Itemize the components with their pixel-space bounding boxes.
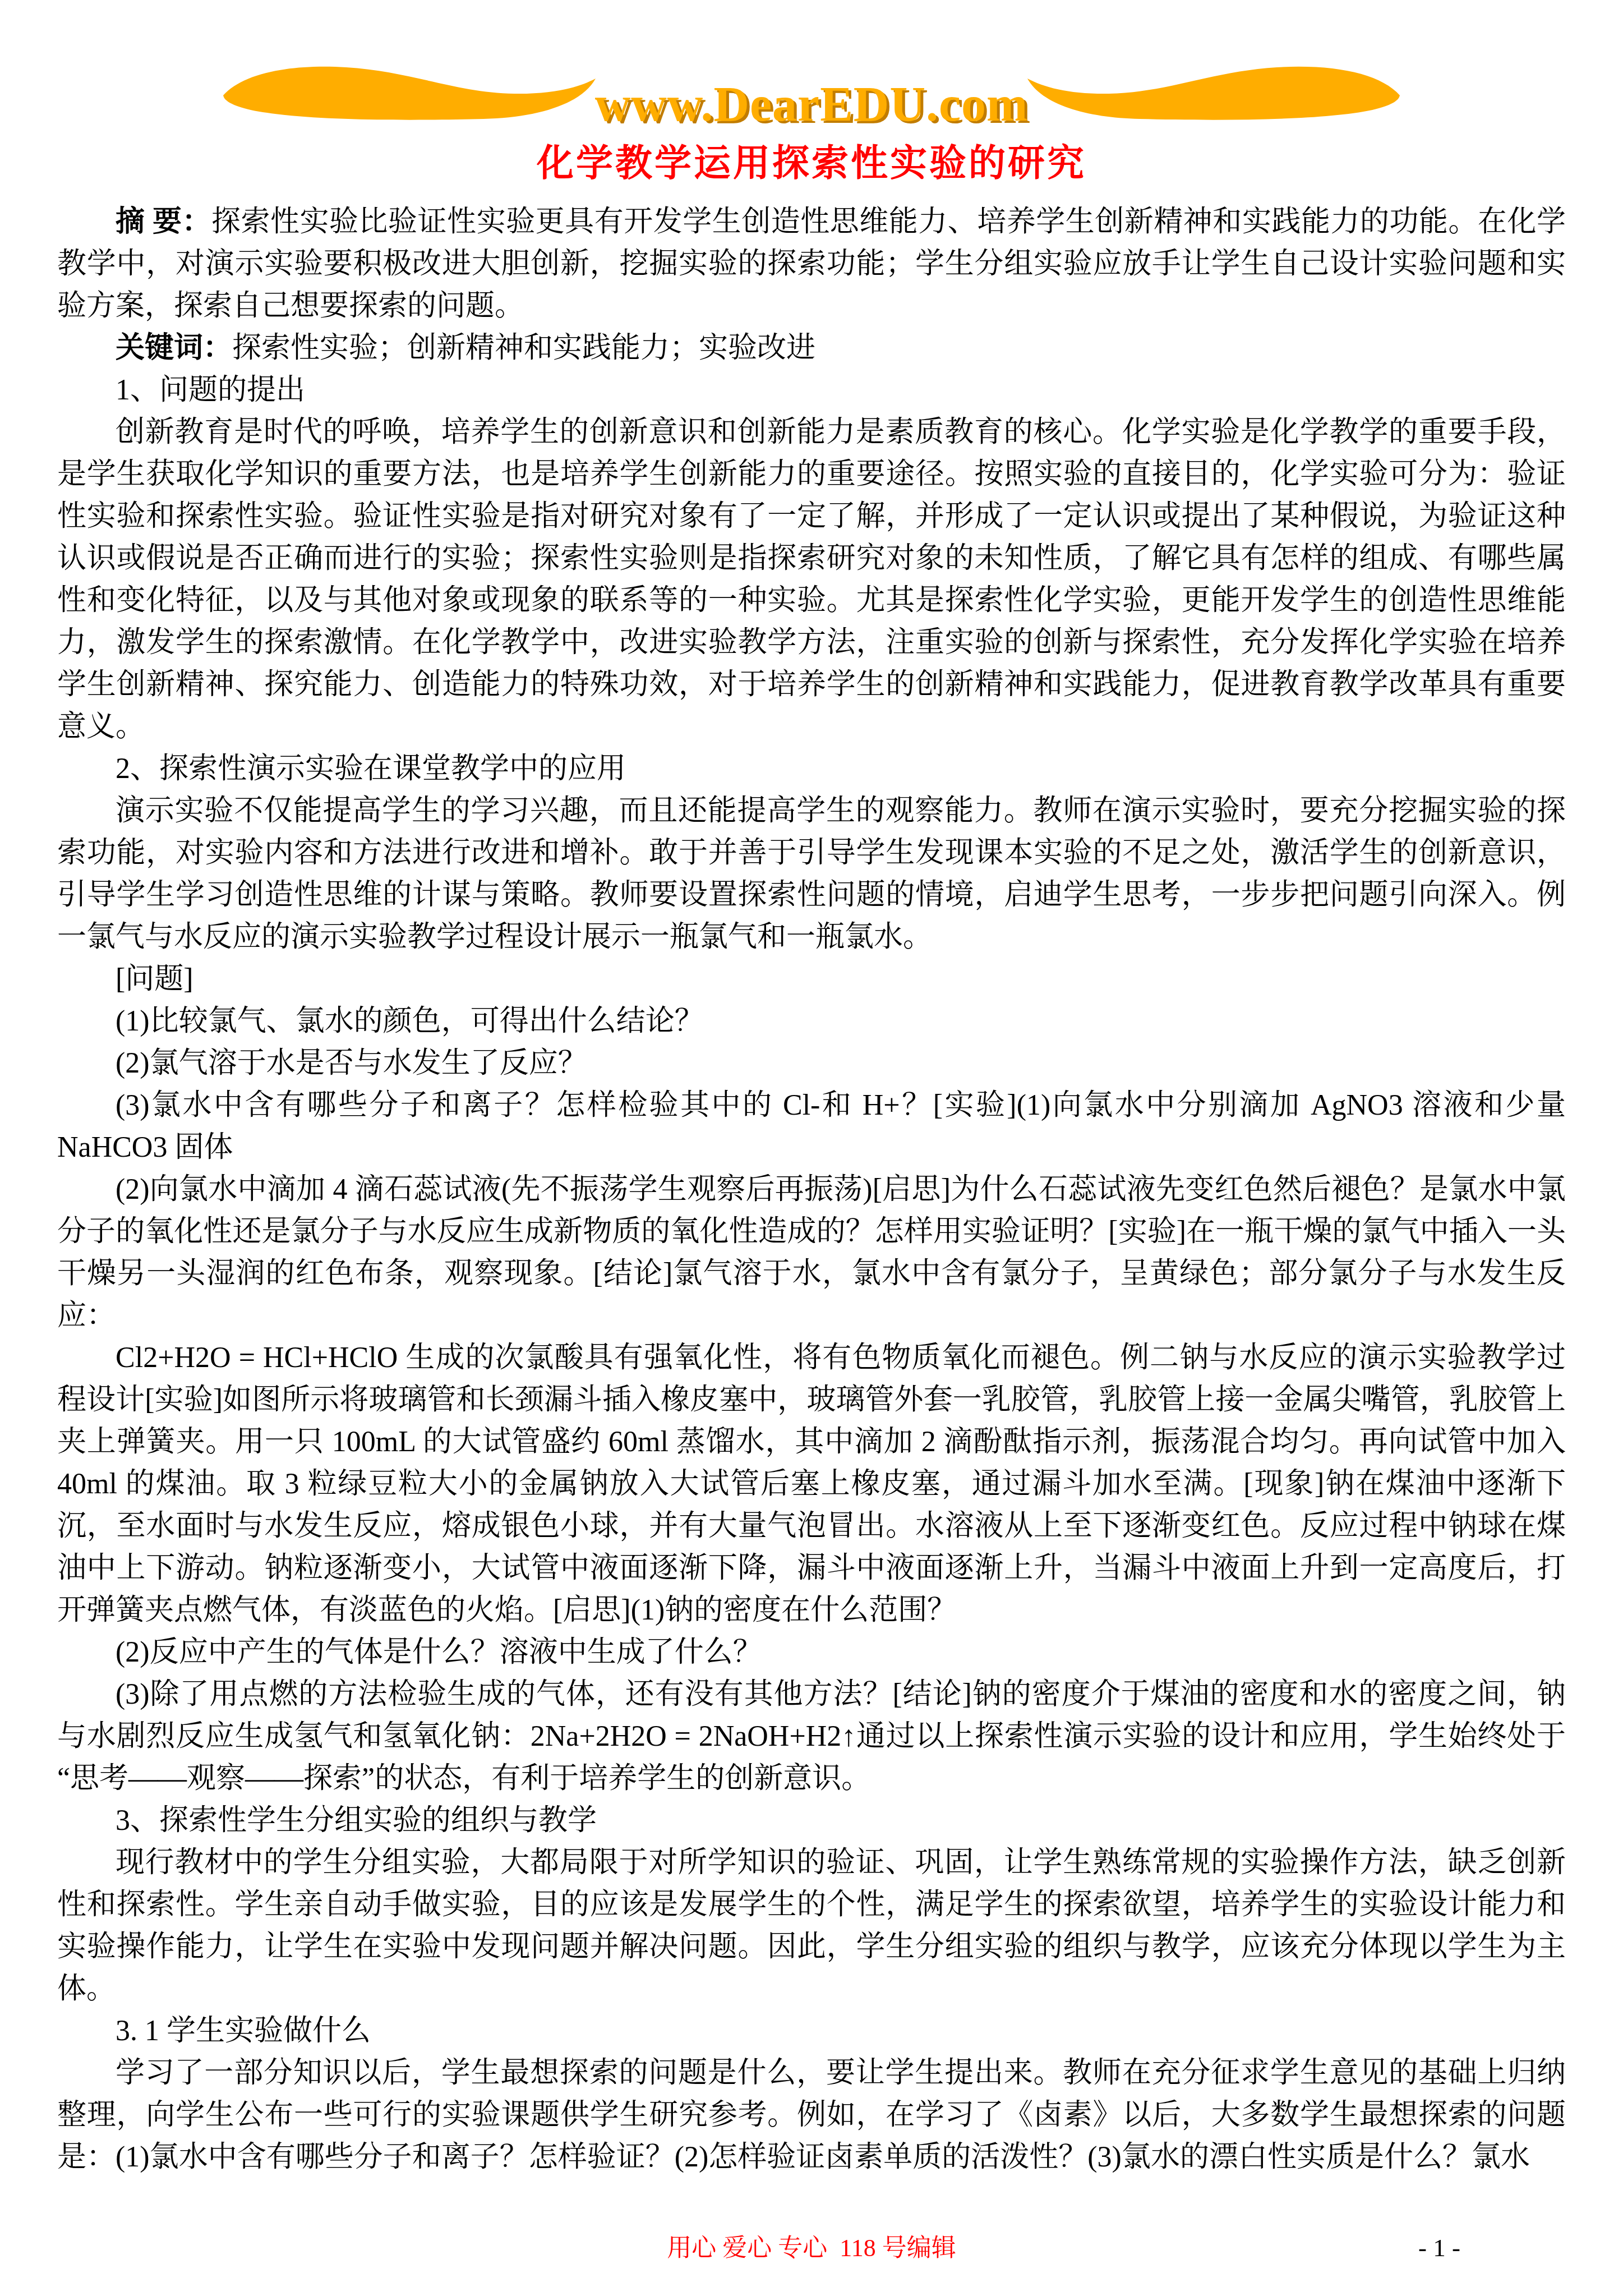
site-banner: www.DearEDU.com — [220, 62, 1403, 140]
keywords: 关键词：探索性实验；创新精神和实践能力；实验改进 — [57, 327, 1566, 369]
para-exp2: (2)向氯水中滴加 4 滴石蕊试液(先不振荡学生观察后再振荡)[启思]为什么石蕊… — [57, 1168, 1566, 1337]
heading-3-1: 3. 1 学生实验做什么 — [57, 2010, 1566, 2052]
para-3-1-1: 学习了一部分知识以后，学生最想探索的问题是什么，要让学生提出来。教师在充分征求学… — [57, 2052, 1566, 2178]
para-q2: (2)氯气溶于水是否与水发生了反应？ — [57, 1042, 1566, 1084]
para-q1: (1)比较氯气、氯水的颜色，可得出什么结论？ — [57, 1000, 1566, 1042]
heading-1: 1、问题的提出 — [57, 369, 1566, 411]
article-body: 摘 要：探索性实验比验证性实验更具有开发学生创造性思维能力、培养学生创新精神和实… — [57, 201, 1566, 2178]
abstract: 摘 要：探索性实验比验证性实验更具有开发学生创造性思维能力、培养学生创新精神和实… — [57, 201, 1566, 327]
document-page: www.DearEDU.com 化学教学运用探索性实验的研究 摘 要：探索性实验… — [0, 0, 1623, 2296]
para-q3: (3)氯水中含有哪些分子和离子？怎样检验其中的 Cl-和 H+？[实验](1)向… — [57, 1084, 1566, 1168]
para-3-1: 现行教材中的学生分组实验，大都局限于对所学知识的验证、巩固，让学生熟练常规的实验… — [57, 1842, 1566, 2010]
para-2-1: 演示实验不仅能提高学生的学习兴趣，而且还能提高学生的观察能力。教师在演示实验时，… — [57, 790, 1566, 958]
para-equation-1: Cl2+H2O = HCl+HClO 生成的次氯酸具有强氧化性，将有色物质氧化而… — [57, 1337, 1566, 1631]
keywords-lead: 关键词： — [116, 332, 232, 364]
para-s3: (3)除了用点燃的方法检验生成的气体，还有没有其他方法？[结论]钠的密度介于煤油… — [57, 1673, 1566, 1800]
para-1-1: 创新教育是时代的呼唤，培养学生的创新意识和创新能力是素质教育的核心。化学实验是化… — [57, 411, 1566, 748]
para-problem-label: [问题] — [57, 958, 1566, 1000]
site-logo-text: www.DearEDU.com — [220, 76, 1403, 133]
heading-3: 3、探索性学生分组实验的组织与教学 — [57, 1800, 1566, 1842]
page-number: - 1 - — [1418, 2233, 1460, 2262]
footer-motto: 用心 爱心 专心 118 号编辑 — [0, 2228, 1623, 2263]
abstract-lead: 摘 要： — [116, 206, 211, 238]
para-s2: (2)反应中产生的气体是什么？溶液中生成了什么？ — [57, 1631, 1566, 1673]
document-title: 化学教学运用探索性实验的研究 — [0, 144, 1623, 184]
heading-2: 2、探索性演示实验在课堂教学中的应用 — [57, 748, 1566, 790]
